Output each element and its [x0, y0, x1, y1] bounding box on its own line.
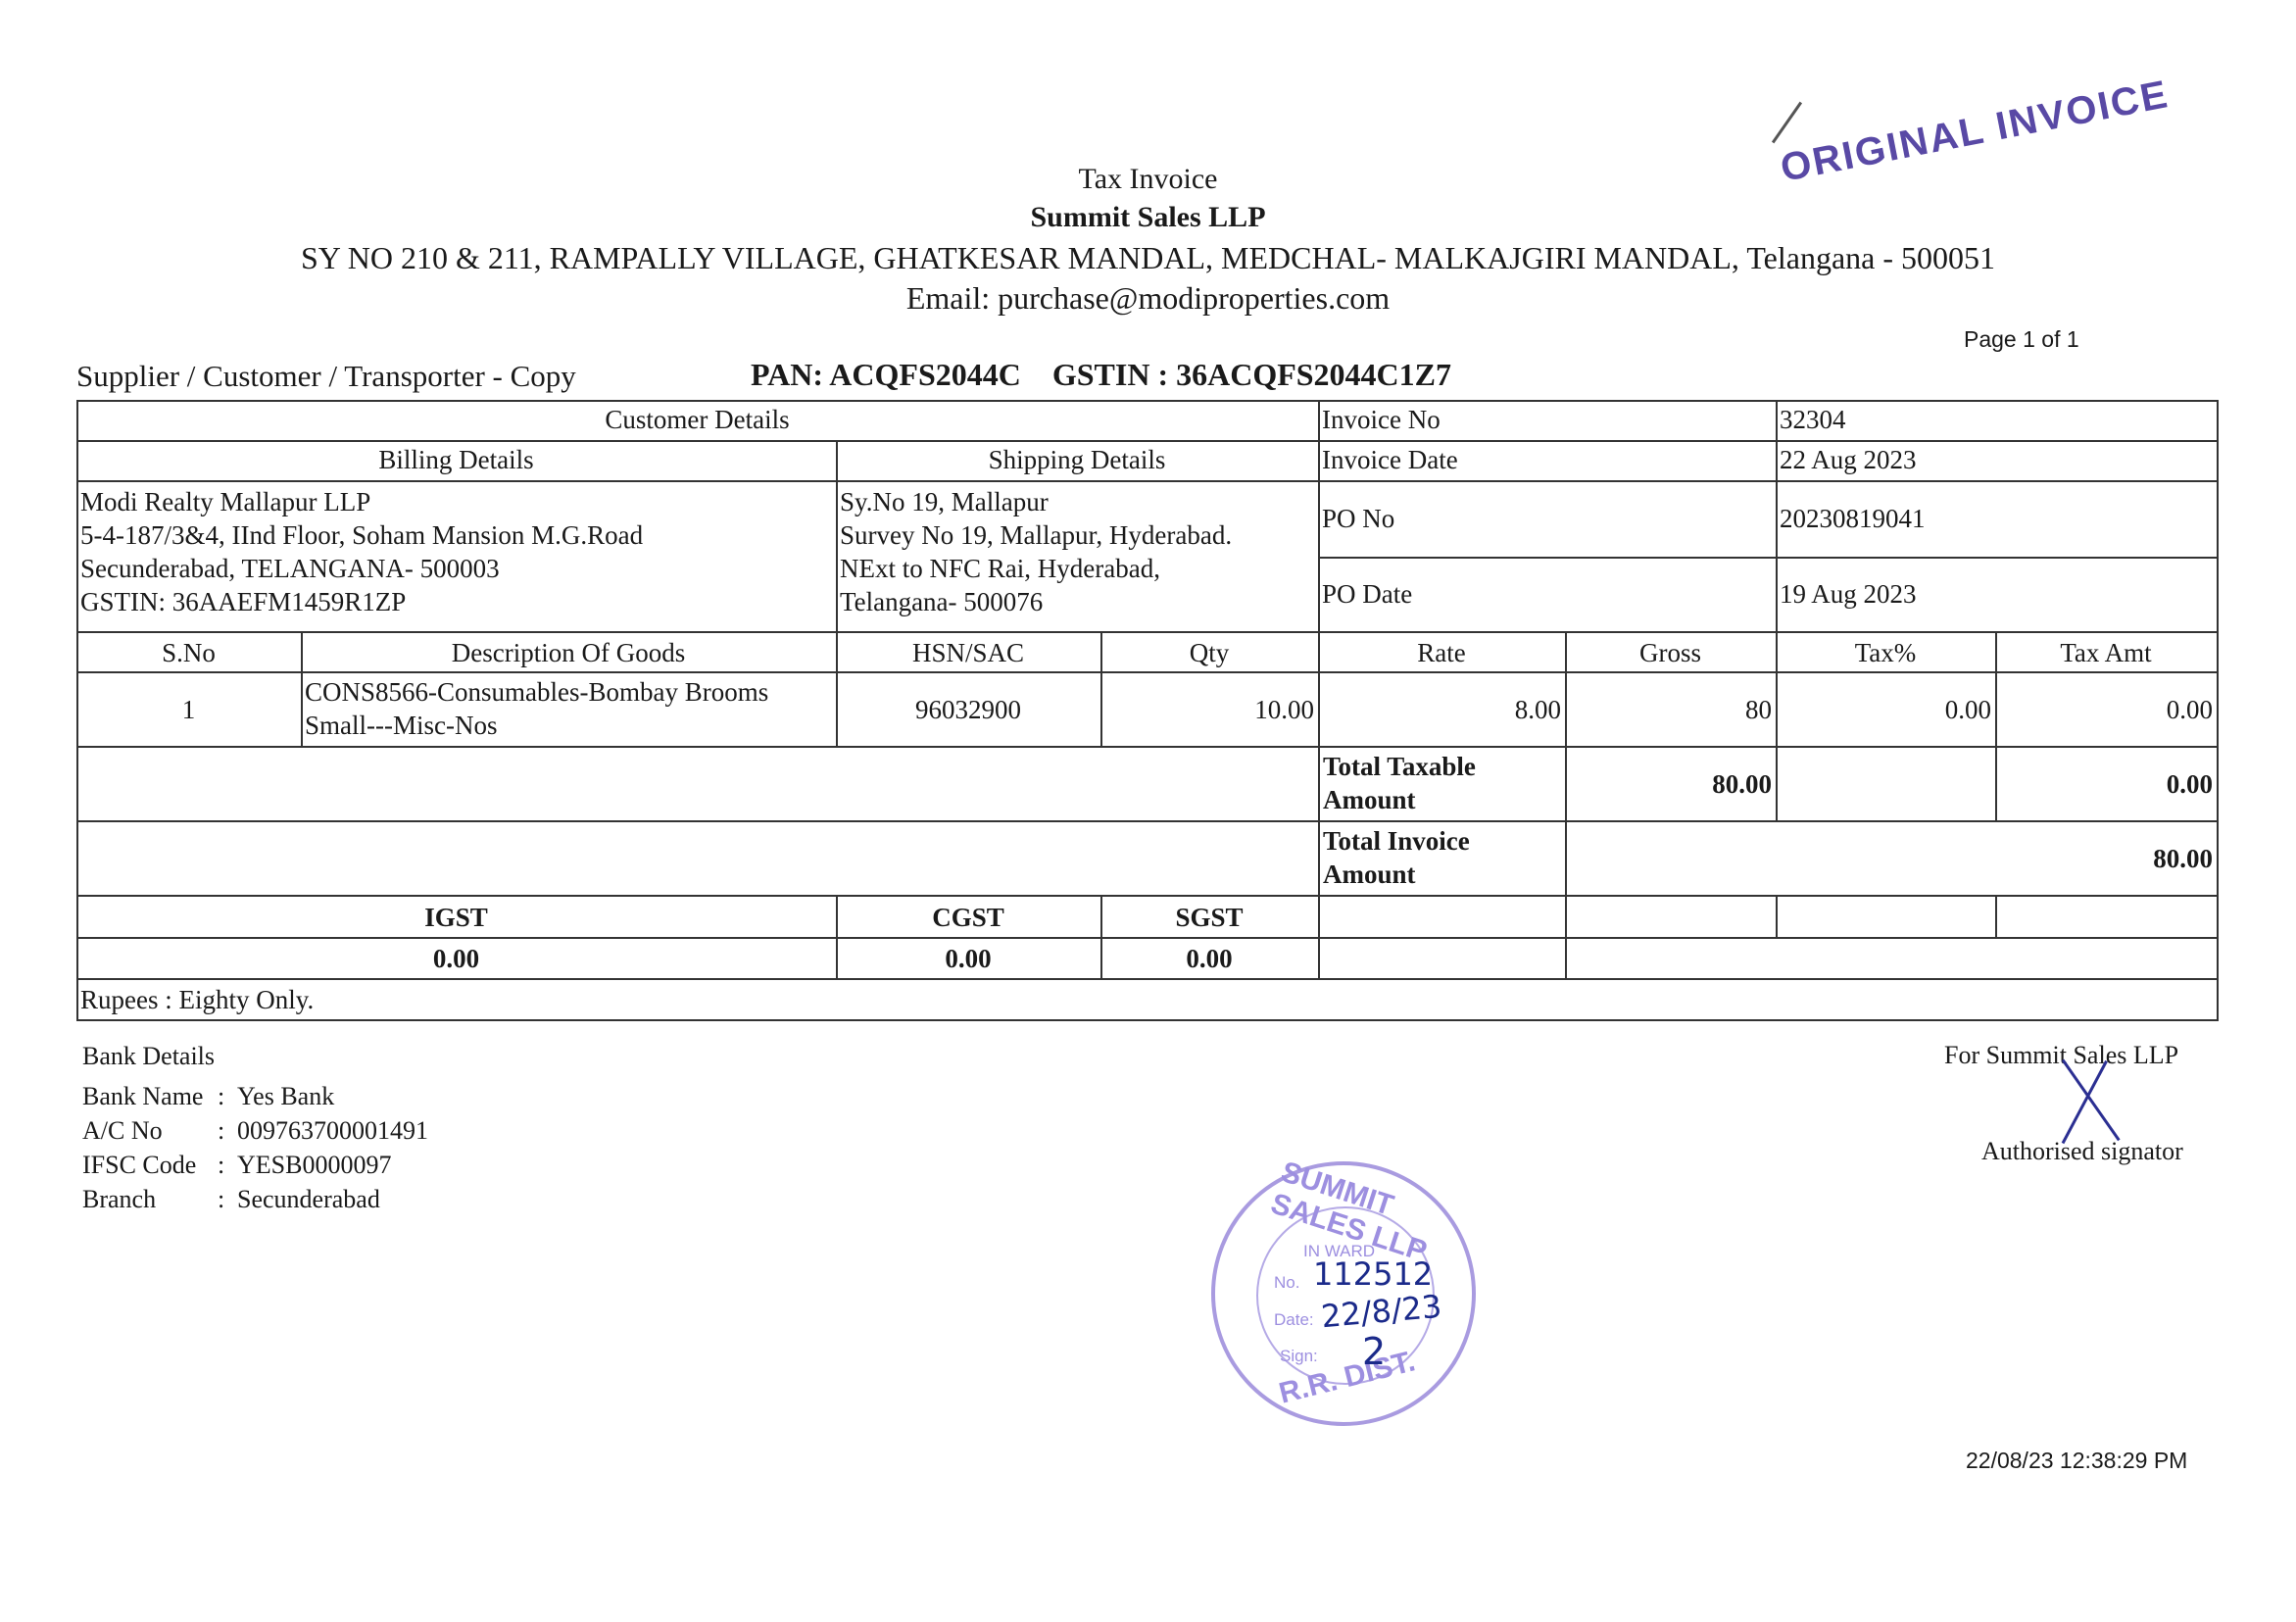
total-taxable-label-line: Amount [1323, 783, 1476, 816]
total-invoice-label-line: Amount [1323, 858, 1470, 891]
bank-name-value: Yes Bank [237, 1082, 334, 1110]
po-date-label: PO Date [1322, 577, 1412, 611]
shipping-details-header: Shipping Details [836, 443, 1318, 476]
igst-value: 0.00 [76, 942, 836, 975]
company-address: SY NO 210 & 211, RAMPALLY VILLAGE, GHATK… [0, 240, 2296, 276]
stamp-inward-no: 112512 [1313, 1255, 1433, 1293]
tick-mark-icon [1772, 102, 1802, 144]
billing-line: 5-4-187/3&4, IInd Floor, Soham Mansion M… [80, 518, 643, 552]
col-header-gross: Gross [1565, 636, 1776, 669]
item-tax-pct: 0.00 [1776, 693, 1991, 726]
for-company-label: For Summit Sales LLP [1944, 1041, 2178, 1070]
invoice-no-value: 32304 [1780, 403, 1846, 436]
col-header-qty: Qty [1100, 636, 1318, 669]
item-rate: 8.00 [1318, 693, 1561, 726]
po-no-label: PO No [1322, 502, 1394, 535]
authorised-signatory-label: Authorised signator [1981, 1137, 2183, 1166]
amount-in-words: Rupees : Eighty Only. [80, 983, 314, 1016]
item-tax-amt: 0.00 [1995, 693, 2213, 726]
bank-row: A/C No:009763700001491 [82, 1113, 428, 1148]
total-taxable-tax: 0.00 [1995, 767, 2213, 801]
item-hsn: 96032900 [836, 693, 1100, 726]
invoice-date-value: 22 Aug 2023 [1780, 443, 1917, 476]
account-no-value: 009763700001491 [237, 1116, 428, 1145]
billing-details-header: Billing Details [76, 443, 836, 476]
invoice-no-label: Invoice No [1322, 403, 1441, 436]
item-qty: 10.00 [1100, 693, 1314, 726]
shipping-line: NExt to NFC Rai, Hyderabad, [840, 552, 1232, 585]
total-invoice-amount: 80.00 [1565, 842, 2213, 875]
invoice-date-label: Invoice Date [1322, 443, 1458, 476]
igst-label: IGST [76, 901, 836, 934]
bank-row: IFSC Code:YESB0000097 [82, 1148, 428, 1182]
stamp-signature: 2 [1362, 1330, 1386, 1373]
sgst-label: SGST [1100, 901, 1318, 934]
col-header-rate: Rate [1318, 636, 1565, 669]
total-taxable-label-line: Total Taxable [1323, 750, 1476, 783]
stamp-sign-label: Sign: [1280, 1347, 1318, 1366]
bank-details: Bank Details Bank Name:Yes Bank A/C No:0… [82, 1039, 428, 1216]
inward-stamp: SUMMIT SALES LLP R.R. DIST. IN WARD No. … [1211, 1161, 1476, 1426]
total-invoice-label-line: Total Invoice [1323, 824, 1470, 858]
branch-value: Secunderabad [237, 1185, 380, 1213]
po-no-value: 20230819041 [1780, 502, 1926, 535]
stamp-no-label: No. [1274, 1273, 1299, 1293]
col-header-sno: S.No [76, 636, 301, 669]
item-sno: 1 [76, 693, 301, 726]
stamp-date-label: Date: [1274, 1310, 1314, 1330]
billing-address: Modi Realty Mallapur LLP 5-4-187/3&4, II… [80, 485, 643, 618]
copy-label: Supplier / Customer / Transporter - Copy [76, 359, 576, 394]
print-timestamp: 22/08/23 12:38:29 PM [1966, 1448, 2187, 1474]
col-header-description: Description Of Goods [301, 636, 836, 669]
item-gross: 80 [1565, 693, 1772, 726]
ifsc-value: YESB0000097 [237, 1151, 391, 1179]
company-name: Summit Sales LLP [0, 201, 2296, 234]
bank-row: Branch:Secunderabad [82, 1182, 428, 1216]
total-taxable-gross: 80.00 [1565, 767, 1772, 801]
total-invoice-label: Total Invoice Amount [1323, 824, 1470, 891]
sgst-value: 0.00 [1100, 942, 1318, 975]
bank-row: Bank Name:Yes Bank [82, 1079, 428, 1113]
col-header-tax-pct: Tax% [1776, 636, 1995, 669]
item-description-line: CONS8566-Consumables-Bombay Brooms [305, 675, 768, 709]
customer-details-header: Customer Details [76, 403, 1318, 436]
company-email: Email: purchase@modiproperties.com [0, 280, 2296, 317]
bank-details-title: Bank Details [82, 1039, 428, 1073]
total-taxable-label: Total Taxable Amount [1323, 750, 1476, 816]
page-number: Page 1 of 1 [1964, 326, 2079, 353]
col-header-hsn: HSN/SAC [836, 636, 1100, 669]
shipping-line: Telangana- 500076 [840, 585, 1232, 618]
shipping-address: Sy.No 19, Mallapur Survey No 19, Mallapu… [840, 485, 1232, 618]
po-date-value: 19 Aug 2023 [1780, 577, 1917, 611]
pan-gstin: PAN: ACQFS2044C GSTIN : 36ACQFS2044C1Z7 [751, 357, 1451, 393]
billing-line: Secunderabad, TELANGANA- 500003 [80, 552, 643, 585]
shipping-line: Sy.No 19, Mallapur [840, 485, 1232, 518]
cgst-value: 0.00 [836, 942, 1100, 975]
col-header-tax-amt: Tax Amt [1995, 636, 2217, 669]
item-description: CONS8566-Consumables-Bombay Brooms Small… [305, 675, 768, 742]
billing-line: Modi Realty Mallapur LLP [80, 485, 643, 518]
billing-line: GSTIN: 36AAEFM1459R1ZP [80, 585, 643, 618]
cgst-label: CGST [836, 901, 1100, 934]
document-title: Tax Invoice [0, 163, 2296, 196]
shipping-line: Survey No 19, Mallapur, Hyderabad. [840, 518, 1232, 552]
item-description-line: Small---Misc-Nos [305, 709, 768, 742]
